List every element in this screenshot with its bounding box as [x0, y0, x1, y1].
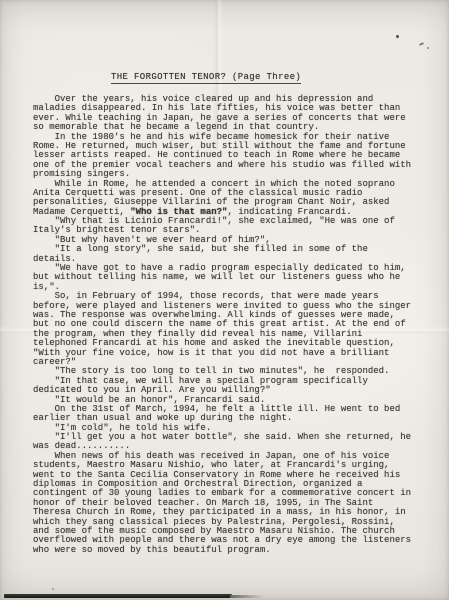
ink-speckle — [52, 588, 54, 590]
scanner-edge-strip-fade — [230, 595, 264, 598]
scanned-document-page: THE FORGOTTEN TENOR? (Page Three) Over t… — [0, 0, 449, 600]
ink-speckle — [396, 35, 400, 39]
text-line: but without telling his name, we will le… — [33, 273, 433, 282]
text-line: "With your fine voice, how is it that yo… — [33, 349, 433, 358]
document-body: Over the years, his voice cleared up and… — [33, 95, 433, 555]
ink-speckle — [427, 47, 429, 49]
ink-speckle — [419, 42, 424, 46]
text-line: who were so moved by this beautiful prog… — [33, 546, 433, 555]
text-line: "It a long story", she said, but she fil… — [33, 245, 433, 254]
scanner-edge-strip — [4, 594, 232, 598]
page-title: THE FORGOTTEN TENOR? (Page Three) — [111, 72, 301, 84]
